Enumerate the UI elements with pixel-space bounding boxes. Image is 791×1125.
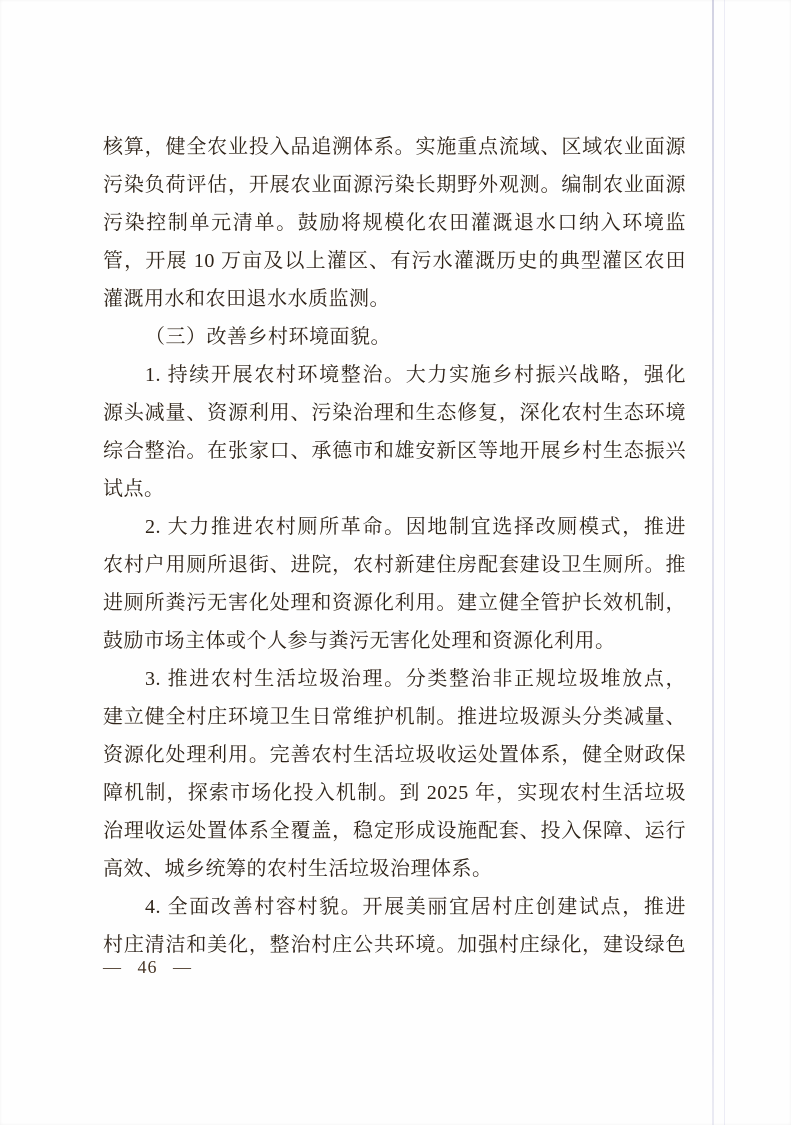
text-line: 4. 全面改善村容村貌。开展美丽宜居村庄创建试点，推进: [103, 888, 686, 926]
text-line: 资源化处理利用。完善农村生活垃圾收运处置体系，健全财政保: [103, 736, 686, 774]
scan-artifact-line: [712, 0, 714, 1125]
text-line: 建立健全村庄环境卫生日常维护机制。推进垃圾源头分类减量、: [103, 698, 686, 736]
text-line: （三）改善乡村环境面貌。: [103, 318, 686, 356]
text-line: 源头减量、资源利用、污染治理和生态修复，深化农村生态环境: [103, 394, 686, 432]
text-line: 2. 大力推进农村厕所革命。因地制宜选择改厕模式，推进: [103, 508, 686, 546]
text-line: 1. 持续开展农村环境整治。大力实施乡村振兴战略，强化: [103, 356, 686, 394]
text-line: 进厕所粪污无害化处理和资源化利用。建立健全管护长效机制，: [103, 584, 686, 622]
text-line: 管，开展 10 万亩及以上灌区、有污水灌溉历史的典型灌区农田: [103, 242, 686, 280]
text-line: 鼓励市场主体或个人参与粪污无害化处理和资源化利用。: [103, 622, 686, 660]
text-line: 核算，健全农业投入品追溯体系。实施重点流域、区域农业面源: [103, 128, 686, 166]
document-body: 核算，健全农业投入品追溯体系。实施重点流域、区域农业面源污染负荷评估，开展农业面…: [103, 128, 686, 964]
text-line: 综合整治。在张家口、承德市和雄安新区等地开展乡村生态振兴: [103, 432, 686, 470]
text-line: 灌溉用水和农田退水水质监测。: [103, 280, 686, 318]
text-line: 试点。: [103, 470, 686, 508]
text-line: 高效、城乡统筹的农村生活垃圾治理体系。: [103, 850, 686, 888]
text-line: 农村户用厕所退街、进院，农村新建住房配套建设卫生厕所。推: [103, 546, 686, 584]
page-number: — 46 —: [103, 952, 192, 982]
text-line: 污染负荷评估，开展农业面源污染长期野外观测。编制农业面源: [103, 166, 686, 204]
scan-artifact-line-faint: [724, 0, 725, 1125]
text-line: 污染控制单元清单。鼓励将规模化农田灌溉退水口纳入环境监: [103, 204, 686, 242]
text-line: 治理收运处置体系全覆盖，稳定形成设施配套、投入保障、运行: [103, 812, 686, 850]
text-line: 障机制，探索市场化投入机制。到 2025 年，实现农村生活垃圾: [103, 774, 686, 812]
text-line: 3. 推进农村生活垃圾治理。分类整治非正规垃圾堆放点，: [103, 660, 686, 698]
scanned-page: 核算，健全农业投入品追溯体系。实施重点流域、区域农业面源污染负荷评估，开展农业面…: [0, 0, 791, 1125]
